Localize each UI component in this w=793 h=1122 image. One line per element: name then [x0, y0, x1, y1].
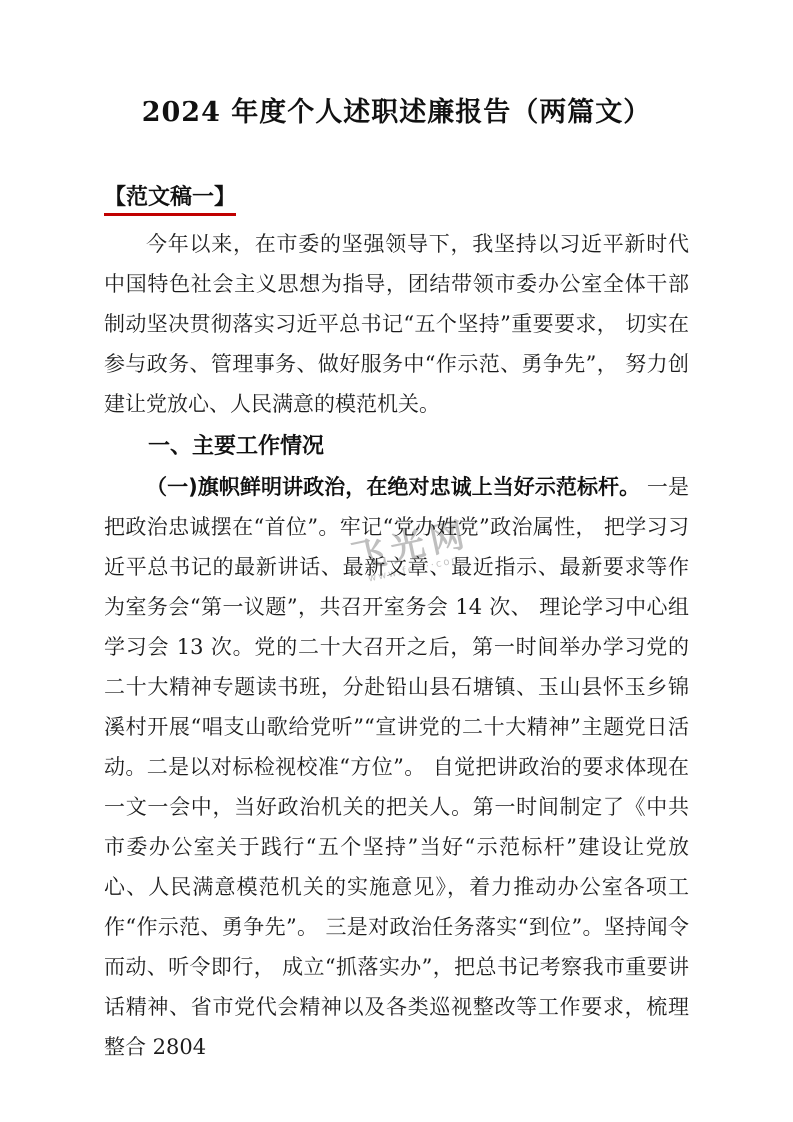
document-content: 2024 年度个人述职述廉报告（两篇文） 【范文稿一】 今年以来，在市委的坚强领…: [0, 0, 793, 1067]
document-title: 2024 年度个人述职述廉报告（两篇文）: [104, 96, 689, 130]
document-page: 飞光网 www.fe····com 2024 年度个人述职述廉报告（两篇文） 【…: [0, 0, 793, 1122]
heading-main-work: 一、主要工作情况: [104, 427, 689, 467]
paragraph-lead-bold: （一)旗帜鲜明讲政治，在绝对忠诚上当好示范标杆。: [146, 475, 640, 499]
paragraph-intro: 今年以来，在市委的坚强领导下，我坚持以习近平新时代中国特色社会主义思想为指导，团…: [104, 224, 689, 424]
paragraph-section-one: （一)旗帜鲜明讲政治，在绝对忠诚上当好示范标杆。 一是把政治忠诚摆在“首位”。牢…: [104, 467, 689, 1067]
section-label: 【范文稿一】: [104, 185, 236, 216]
paragraph-body-text: 一是把政治忠诚摆在“首位”。牢记“党办姓党”政治属性， 把学习习近平总书记的最新…: [104, 475, 689, 1059]
section-label-row: 【范文稿一】: [104, 185, 689, 216]
